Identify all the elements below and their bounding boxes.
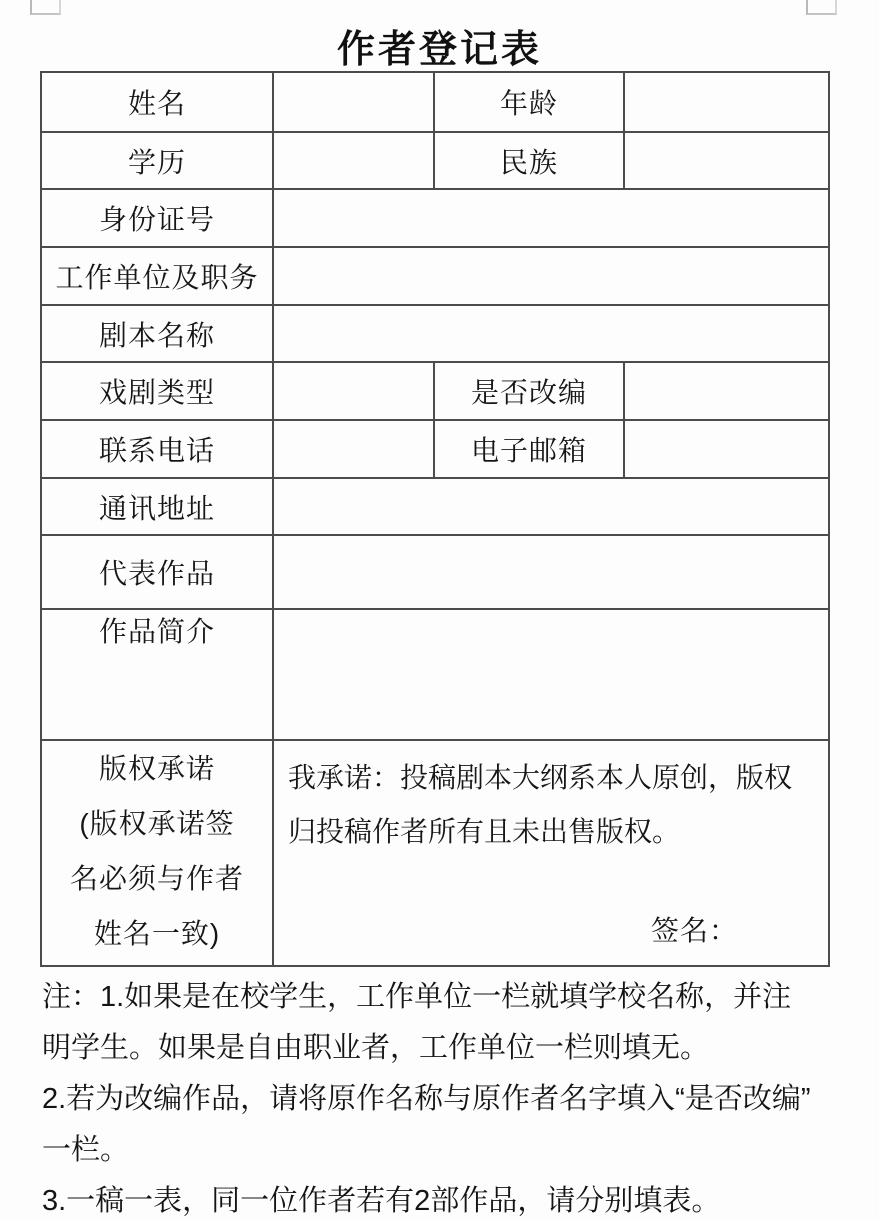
footnote-3: 3.一稿一表，同一位作者若有2部作品，请分别填表。 [42, 1176, 812, 1221]
field-label-copyright-pledge: 版权承诺 (版权承诺签 名必须与作者 姓名一致) [41, 740, 273, 966]
field-label-education: 学历 [41, 132, 273, 189]
field-label-ethnicity: 民族 [434, 132, 624, 189]
table-row: 代表作品 [41, 535, 829, 609]
table-row: 工作单位及职务 [41, 247, 829, 305]
field-value-employer [273, 247, 829, 305]
footnote-2: 2.若为改编作品，请将原作名称与原作者名字填入“是否改编”一栏。 [42, 1074, 812, 1176]
copyright-pledge-content: 我承诺：投稿剧本大纲系本人原创，版权归投稿作者所有且未出售版权。 签名： [274, 741, 828, 963]
scan-corner-mark-left [30, 0, 61, 15]
field-label-representative-works: 代表作品 [41, 535, 273, 609]
field-value-email [624, 420, 829, 478]
field-label-mailing-address: 通讯地址 [41, 478, 273, 535]
registration-form-page: 作者登记表 姓名 年龄 学历 民族 身份证号 [0, 0, 879, 1221]
field-value-age [624, 72, 829, 132]
table-row: 剧本名称 [41, 305, 829, 362]
field-label-name: 姓名 [41, 72, 273, 132]
table-row: 姓名 年龄 [41, 72, 829, 132]
field-label-drama-type: 戏剧类型 [41, 362, 273, 420]
table-row: 戏剧类型 是否改编 [41, 362, 829, 420]
field-label-employer: 工作单位及职务 [41, 247, 273, 305]
copyright-statement: 我承诺：投稿剧本大纲系本人原创，版权归投稿作者所有且未出售版权。 [288, 751, 810, 859]
field-value-name [273, 72, 434, 132]
field-value-script-title [273, 305, 829, 362]
signature-label: 签名： [288, 909, 828, 949]
field-value-mailing-address [273, 478, 829, 535]
field-value-representative-works [273, 535, 829, 609]
copyright-label-line: 名必须与作者 [42, 851, 272, 906]
field-value-work-synopsis [273, 609, 829, 740]
field-value-ethnicity [624, 132, 829, 189]
copyright-label-line: (版权承诺签 [42, 796, 272, 851]
table-row: 版权承诺 (版权承诺签 名必须与作者 姓名一致) 我承诺：投稿剧本大纲系本人原创… [41, 740, 829, 966]
footnotes: 注：1.如果是在校学生，工作单位一栏就填学校名称，并注明学生。如果是自由职业者，… [42, 972, 812, 1221]
table-row: 联系电话 电子邮箱 [41, 420, 829, 478]
scan-corner-mark-right [806, 0, 837, 15]
table-row: 作品简介 [41, 609, 829, 740]
field-value-education [273, 132, 434, 189]
field-value-adapted [624, 362, 829, 420]
field-value-drama-type [273, 362, 434, 420]
copyright-label-line: 姓名一致) [42, 906, 272, 961]
field-value-phone [273, 420, 434, 478]
field-label-adapted: 是否改编 [434, 362, 624, 420]
table-row: 身份证号 [41, 189, 829, 247]
field-label-age: 年龄 [434, 72, 624, 132]
field-label-email: 电子邮箱 [434, 420, 624, 478]
field-value-copyright-pledge: 我承诺：投稿剧本大纲系本人原创，版权归投稿作者所有且未出售版权。 签名： [273, 740, 829, 966]
field-label-phone: 联系电话 [41, 420, 273, 478]
field-value-id-number [273, 189, 829, 247]
copyright-label-line: 版权承诺 [42, 741, 272, 796]
author-registration-table: 姓名 年龄 学历 民族 身份证号 工作单位及职务 剧本名称 [40, 71, 830, 967]
table-row: 通讯地址 [41, 478, 829, 535]
field-label-work-synopsis: 作品简介 [41, 609, 273, 740]
field-label-script-title: 剧本名称 [41, 305, 273, 362]
page-title: 作者登记表 [0, 18, 879, 73]
table-row: 学历 民族 [41, 132, 829, 189]
footnote-1: 注：1.如果是在校学生，工作单位一栏就填学校名称，并注明学生。如果是自由职业者，… [42, 972, 812, 1074]
field-label-id-number: 身份证号 [41, 189, 273, 247]
